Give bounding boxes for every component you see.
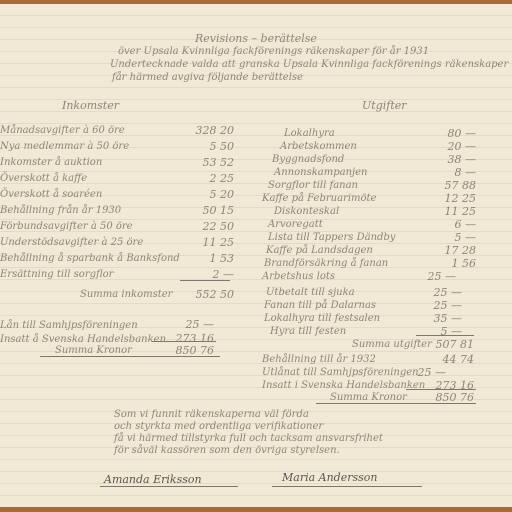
income-amount: 22 50 xyxy=(180,220,234,233)
income-amount: 5 50 xyxy=(180,140,234,153)
expense-row: Lokalhyra xyxy=(284,128,335,139)
expense-total-rule xyxy=(406,389,476,390)
expense-amount: 25 — xyxy=(416,299,462,312)
expense-row: Kaffe på Februarimöte xyxy=(262,193,376,204)
signature-2: Maria Andersson xyxy=(282,471,378,484)
expense-extra-row: Insatt i Svenska Handelsbanken xyxy=(262,380,425,391)
expense-amount: 25 — xyxy=(410,270,456,283)
income-total-underline xyxy=(40,356,220,357)
income-amount: 53 52 xyxy=(180,156,234,169)
expense-row: Lokalhyra till festsalen xyxy=(264,313,380,324)
income-total-rule xyxy=(152,341,216,342)
income-subtotal-rule xyxy=(180,280,230,281)
expense-row: Fanan till på Dalarnas xyxy=(264,300,376,311)
expense-row: Lista till Tappers Dändby xyxy=(268,232,395,243)
expense-amount: 5 — xyxy=(430,231,476,244)
income-amount: 11 25 xyxy=(180,236,234,249)
expense-amount: 57 88 xyxy=(430,179,476,192)
closing-line-4: för såväl kassören som den övriga styrel… xyxy=(114,445,340,456)
income-row: Understödsavgifter à 25 öre xyxy=(0,237,143,248)
income-extra-row: Lån till Samhjpsföreningen xyxy=(0,320,138,331)
expense-extra-amount: 44 74 xyxy=(416,353,474,366)
income-subtotal-amount: 552 50 xyxy=(180,288,234,301)
expense-extra-amount: 25 — xyxy=(400,366,446,379)
income-row: Månadsavgifter à 60 öre xyxy=(0,125,125,136)
expense-amount: 8 — xyxy=(430,166,476,179)
expense-subtotal-rule xyxy=(416,335,474,336)
income-amount: 50 15 xyxy=(180,204,234,217)
expense-total-underline xyxy=(316,403,476,404)
page-title: Revisions – berättelse xyxy=(195,32,317,45)
header-line-1: över Upsala Kvinnliga fackförenings räke… xyxy=(118,46,429,57)
expense-amount: 38 — xyxy=(430,153,476,166)
expense-extra-row: Utlånat till Samhjpsföreningen xyxy=(262,367,419,378)
expense-row: Arbetskommen xyxy=(280,141,357,152)
income-amount: 5 20 xyxy=(180,188,234,201)
expense-extra-row: Behållning till år 1932 xyxy=(262,354,376,365)
expense-amount: 35 — xyxy=(416,312,462,325)
income-extra-amount: 25 — xyxy=(160,318,214,331)
expense-row: Sorgflor till fanan xyxy=(268,180,358,191)
header-line-2: Undertecknade valda att granska Upsala K… xyxy=(110,59,508,70)
income-extra-row: Insatt å Svenska Handelsbanken xyxy=(0,334,166,345)
income-row: Nya medlemmar à 50 öre xyxy=(0,141,129,152)
expense-amount: 5 — xyxy=(416,325,462,338)
signature-1-line xyxy=(100,486,238,487)
income-subtotal-label: Summa inkomster xyxy=(80,289,172,300)
expense-amount: 1 56 xyxy=(430,257,476,270)
income-amount: 1 53 xyxy=(180,252,234,265)
signature-1: Amanda Eriksson xyxy=(104,473,202,486)
expense-row: Arbetshus lots xyxy=(262,271,335,282)
bottom-edge xyxy=(0,507,512,512)
expense-row: Byggnadsfond xyxy=(272,154,344,165)
expense-amount: 6 — xyxy=(430,218,476,231)
income-row: Förbundsavgifter à 50 öre xyxy=(0,221,133,232)
expense-row: Diskonteskal xyxy=(274,206,339,217)
expense-subtotal-amount: 507 81 xyxy=(416,338,474,351)
expense-amount: 17 28 xyxy=(430,244,476,257)
income-row: Ersättning till sorgflor xyxy=(0,269,113,280)
header-line-3: får härmed avgiva följande berättelse xyxy=(112,72,303,83)
closing-line-3: få vi härmed tillstyrka full och tacksam… xyxy=(114,433,383,444)
expense-amount: 25 — xyxy=(416,286,462,299)
income-row: Överskott å soaréen xyxy=(0,189,102,200)
signature-2-line xyxy=(272,486,422,487)
income-amount: 328 20 xyxy=(180,124,234,137)
income-row: Överskott å kaffe xyxy=(0,173,87,184)
expense-total-label: Summa Kronor xyxy=(330,392,407,403)
expense-row: Hyra till festen xyxy=(270,326,346,337)
expense-amount: 12 25 xyxy=(430,192,476,205)
ledger-page: Revisions – berättelse över Upsala Kvinn… xyxy=(0,4,512,507)
expense-amount: 80 — xyxy=(430,127,476,140)
income-total-label: Summa Kronor xyxy=(55,345,132,356)
income-row: Behållning från år 1930 xyxy=(0,205,121,216)
expenses-heading: Utgifter xyxy=(362,99,407,112)
expense-row: Kaffe på Landsdagen xyxy=(266,245,373,256)
closing-line-2: och styrkta med ordentliga verifikatione… xyxy=(114,421,323,432)
expense-row: Annonskampanjen xyxy=(274,167,367,178)
income-row: Inkomster å auktion xyxy=(0,157,102,168)
expense-amount: 11 25 xyxy=(430,205,476,218)
expense-row: Brandförsäkring å fanan xyxy=(264,258,388,269)
expense-row: Utbetalt till sjuka xyxy=(266,287,355,298)
income-row: Behållning å sparbank å Banksfond xyxy=(0,253,180,264)
income-amount: 2 25 xyxy=(180,172,234,185)
closing-line-1: Som vi funnit räkenskaperna väl förda xyxy=(114,409,309,420)
income-heading: Inkomster xyxy=(62,99,119,112)
expense-amount: 20 — xyxy=(430,140,476,153)
expense-row: Arvoregatt xyxy=(268,219,323,230)
